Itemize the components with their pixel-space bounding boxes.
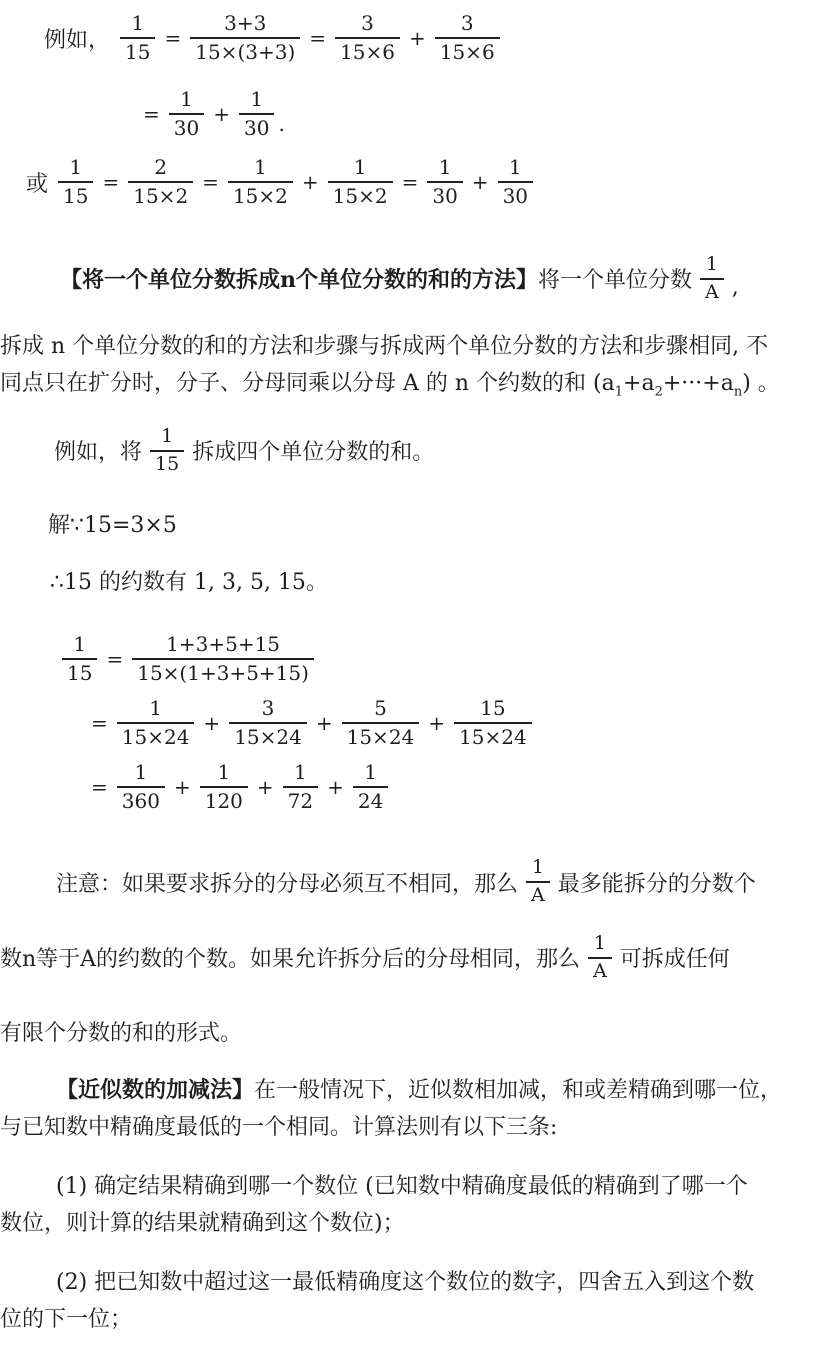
plus-sign: + <box>409 26 426 50</box>
subscript: n <box>734 384 742 399</box>
fraction-denominator: 15×24 <box>454 722 532 749</box>
fraction-denominator: 15×(3+3) <box>190 37 300 64</box>
rule-item-2: (2) 把已知数中超过这一最低精确度这个数位的数字，四舍五入到这个数 位的下一位… <box>0 1264 836 1338</box>
fraction-numerator: 1 <box>589 933 611 957</box>
method-paragraph: 【将一个单位分数拆成n个单位分数的和的方法】 将一个单位分数 1A , 拆成 n… <box>0 254 836 402</box>
equation-line: = 115×24 + 315×24 + 515×24 + 1515×24 <box>0 697 836 749</box>
plus-sign: + <box>203 711 220 735</box>
fraction-numerator: 1 <box>289 761 312 786</box>
paragraph-text: 拆成 n 个单位分数的和的方法和步骤与拆成两个单位分数的方法和步骤相同, 不 <box>0 334 768 359</box>
term-heading: 【将一个单位分数拆成n个单位分数的和的方法】 <box>60 263 538 294</box>
fraction-denominator: 15×2 <box>228 181 293 208</box>
plus-sign: + <box>257 775 274 799</box>
fraction-denominator: 15×6 <box>335 37 400 64</box>
equals-sign: = <box>106 647 123 671</box>
fraction-numerator: 1 <box>175 88 198 113</box>
equals-sign: = <box>202 170 219 194</box>
fraction: 130 <box>239 88 274 140</box>
fraction: 1+3+5+1515×(1+3+5+15) <box>132 633 314 685</box>
comma-mark: , <box>732 275 739 304</box>
paragraph-text: +a <box>623 371 655 396</box>
paragraph-line: 与已知数中精确度最低的一个相同。计算法则有以下三条: <box>0 1109 836 1146</box>
paragraph-text: 将一个单位分数 <box>538 263 692 294</box>
paragraph-line: 位的下一位； <box>0 1301 836 1338</box>
fraction-denominator: 360 <box>117 786 165 813</box>
paragraph-text: 数n等于A的约数的个数。如果允许拆分后的分母相同，那么 <box>0 942 580 973</box>
fraction-denominator: 15 <box>120 37 155 64</box>
fraction: 1A <box>588 933 612 983</box>
fraction: 1A <box>526 857 550 907</box>
paragraph-line: 数位，则计算的结果就精确到这个数位)； <box>0 1205 836 1242</box>
paragraph-line: 有限个分数的和的形式。 <box>0 1015 836 1052</box>
fraction-denominator: 24 <box>353 786 388 813</box>
equation-line: = 1360 + 1120 + 172 + 124 <box>0 761 836 813</box>
fraction: 115×2 <box>328 156 393 208</box>
fraction-numerator: 15 <box>475 697 510 722</box>
fraction-denominator: 30 <box>427 181 462 208</box>
note-paragraph: 注意：如果要求拆分的分母必须互不相同，那么 1A 最多能拆分的分数个 数n等于A… <box>0 857 836 1051</box>
fraction-numerator: 1 <box>156 426 178 450</box>
period-mark: . <box>278 112 284 140</box>
fraction: 1515×24 <box>454 697 532 749</box>
fraction-denominator: 30 <box>498 181 533 208</box>
fraction: 115×24 <box>117 697 195 749</box>
fraction-denominator: A <box>588 957 612 983</box>
fraction-numerator: 1 <box>349 156 372 181</box>
term-heading: 【近似数的加减法】 <box>56 1077 254 1103</box>
fraction-denominator: 15×24 <box>342 722 420 749</box>
fraction-denominator: 15×24 <box>229 722 307 749</box>
equals-sign: = <box>164 26 181 50</box>
fraction: 130 <box>169 88 204 140</box>
fraction: 115×2 <box>228 156 293 208</box>
equals-sign: = <box>402 170 419 194</box>
paragraph-line: (1) 确定结果精确到哪一个数位 (已知数中精确度最低的精确到了哪一个 <box>0 1168 836 1205</box>
fraction: 115 <box>58 156 93 208</box>
paragraph-text: 拆成四个单位分数的和。 <box>192 435 434 466</box>
fraction: 515×24 <box>342 697 420 749</box>
paragraph-text: 在一般情况下，近似数相加减，和或差精确到哪一位， <box>254 1078 782 1103</box>
paragraph-line: 同点只在扩分时，分子、分母同乘以分母 A 的 n 个约数的和 (a1+a2+··… <box>0 365 836 402</box>
fraction-numerator: 1 <box>434 156 457 181</box>
fraction-numerator: 1 <box>64 156 87 181</box>
fraction: 115 <box>150 426 184 476</box>
paragraph-text: 注意：如果要求拆分的分母必须互不相同，那么 <box>56 867 518 898</box>
fraction-denominator: A <box>526 881 550 907</box>
fraction-numerator: 1 <box>129 761 152 786</box>
fraction-numerator: 1 <box>212 761 235 786</box>
solution-because-line: 解∵15=3×5 <box>0 507 836 544</box>
fraction-denominator: 15 <box>58 181 93 208</box>
equals-sign: = <box>91 775 108 799</box>
fraction: 115 <box>120 12 155 64</box>
plus-sign: + <box>316 711 333 735</box>
fraction-numerator: 3 <box>456 12 479 37</box>
fraction: 124 <box>353 761 388 813</box>
fraction-denominator: 15×(1+3+5+15) <box>132 658 314 685</box>
fraction: 130 <box>427 156 462 208</box>
subscript: 1 <box>615 384 623 399</box>
paragraph-text: ) 。 <box>742 371 780 396</box>
fraction-denominator: A <box>700 278 724 304</box>
paragraph-text: 例如，将 <box>54 435 142 466</box>
equals-sign: = <box>143 102 160 126</box>
fraction: 1360 <box>117 761 165 813</box>
fraction-numerator: 1 <box>245 88 268 113</box>
fraction-denominator: 120 <box>200 786 248 813</box>
fraction: 315×6 <box>435 12 500 64</box>
paragraph-line: 【近似数的加减法】在一般情况下，近似数相加减，和或差精确到哪一位， <box>0 1072 836 1109</box>
solution-therefore-line: ∴15 的约数有 1, 3, 5, 15。 <box>0 564 836 601</box>
fraction: 115 <box>62 633 97 685</box>
fraction-numerator: 5 <box>369 697 392 722</box>
fraction-numerator: 1 <box>504 156 527 181</box>
equation-intro-label: 例如， <box>44 23 110 54</box>
or-label: 或 <box>26 167 48 198</box>
fraction-numerator: 3 <box>356 12 379 37</box>
equals-sign: = <box>309 26 326 50</box>
fraction-denominator: 15 <box>62 658 97 685</box>
paragraph-text: 最多能拆分的分数个 <box>558 867 756 898</box>
paragraph-line: 拆成 n 个单位分数的和的方法和步骤与拆成两个单位分数的方法和步骤相同, 不 <box>0 328 836 365</box>
document-page: 例如， 115 = 3+315×(3+3) = 315×6 + 315×6 = … <box>0 0 836 1360</box>
fraction-numerator: 3+3 <box>219 12 271 37</box>
fraction: 3+315×(3+3) <box>190 12 300 64</box>
fraction-numerator: 3 <box>257 697 280 722</box>
paragraph-line: 【将一个单位分数拆成n个单位分数的和的方法】 将一个单位分数 1A , <box>0 254 836 304</box>
paragraph-line: 例如，将 115 拆成四个单位分数的和。 <box>0 426 836 476</box>
equation-line: = 130 + 130 . <box>0 88 836 140</box>
paragraph-line: 注意：如果要求拆分的分母必须互不相同，那么 1A 最多能拆分的分数个 <box>0 857 836 907</box>
fraction: 315×6 <box>335 12 400 64</box>
fraction-denominator: 15×24 <box>117 722 195 749</box>
plus-sign: + <box>174 775 191 799</box>
fraction-numerator: 1 <box>126 12 149 37</box>
equation-line: 或 115 = 215×2 = 115×2 + 115×2 = 130 + 13… <box>0 156 836 208</box>
fraction-numerator: 1+3+5+15 <box>161 633 285 658</box>
plus-sign: + <box>213 102 230 126</box>
fraction-numerator: 1 <box>144 697 167 722</box>
fraction-numerator: 1 <box>359 761 382 786</box>
fraction-numerator: 1 <box>701 254 723 278</box>
paragraph-line: 数n等于A的约数的个数。如果允许拆分后的分母相同，那么 1A 可拆成任何 <box>0 933 836 983</box>
example-2: 例如，将 115 拆成四个单位分数的和。 解∵15=3×5 ∴15 的约数有 1… <box>0 426 836 602</box>
plus-sign: + <box>472 170 489 194</box>
approx-rules-paragraph: 【近似数的加减法】在一般情况下，近似数相加减，和或差精确到哪一位， 与已知数中精… <box>0 1072 836 1338</box>
equation-line: 115 = 1+3+5+1515×(1+3+5+15) <box>0 633 836 685</box>
fraction: 315×24 <box>229 697 307 749</box>
plus-sign: + <box>302 170 319 194</box>
equation-example-1: 例如， 115 = 3+315×(3+3) = 315×6 + 315×6 = … <box>0 0 836 208</box>
paragraph-text: +···+a <box>663 371 734 396</box>
paragraph-text: 可拆成任何 <box>620 942 730 973</box>
fraction-denominator: 15×2 <box>328 181 393 208</box>
fraction-numerator: 2 <box>149 156 172 181</box>
plus-sign: + <box>327 775 344 799</box>
fraction: 1120 <box>200 761 248 813</box>
equation-line: 例如， 115 = 3+315×(3+3) = 315×6 + 315×6 <box>0 12 836 64</box>
equals-sign: = <box>91 711 108 735</box>
plus-sign: + <box>428 711 445 735</box>
fraction-numerator: 1 <box>68 633 91 658</box>
fraction-numerator: 1 <box>527 857 549 881</box>
fraction: 215×2 <box>128 156 193 208</box>
fraction: 172 <box>283 761 318 813</box>
fraction-denominator: 30 <box>169 113 204 140</box>
subscript: 2 <box>655 384 663 399</box>
paragraph-text: 同点只在扩分时，分子、分母同乘以分母 A 的 n 个约数的和 (a <box>0 371 615 396</box>
paragraph-line: (2) 把已知数中超过这一最低精确度这个数位的数字，四舍五入到这个数 <box>0 1264 836 1301</box>
fraction-numerator: 1 <box>249 156 272 181</box>
fraction-denominator: 15×6 <box>435 37 500 64</box>
fraction-denominator: 15×2 <box>128 181 193 208</box>
fraction-denominator: 72 <box>283 786 318 813</box>
equals-sign: = <box>102 170 119 194</box>
fraction: 1A <box>700 254 724 304</box>
fraction: 130 <box>498 156 533 208</box>
fraction-denominator: 30 <box>239 113 274 140</box>
rule-item-1: (1) 确定结果精确到哪一个数位 (已知数中精确度最低的精确到了哪一个 数位，则… <box>0 1168 836 1242</box>
equation-example-2: 115 = 1+3+5+1515×(1+3+5+15) = 115×24 + 3… <box>0 633 836 813</box>
fraction-denominator: 15 <box>150 450 184 476</box>
